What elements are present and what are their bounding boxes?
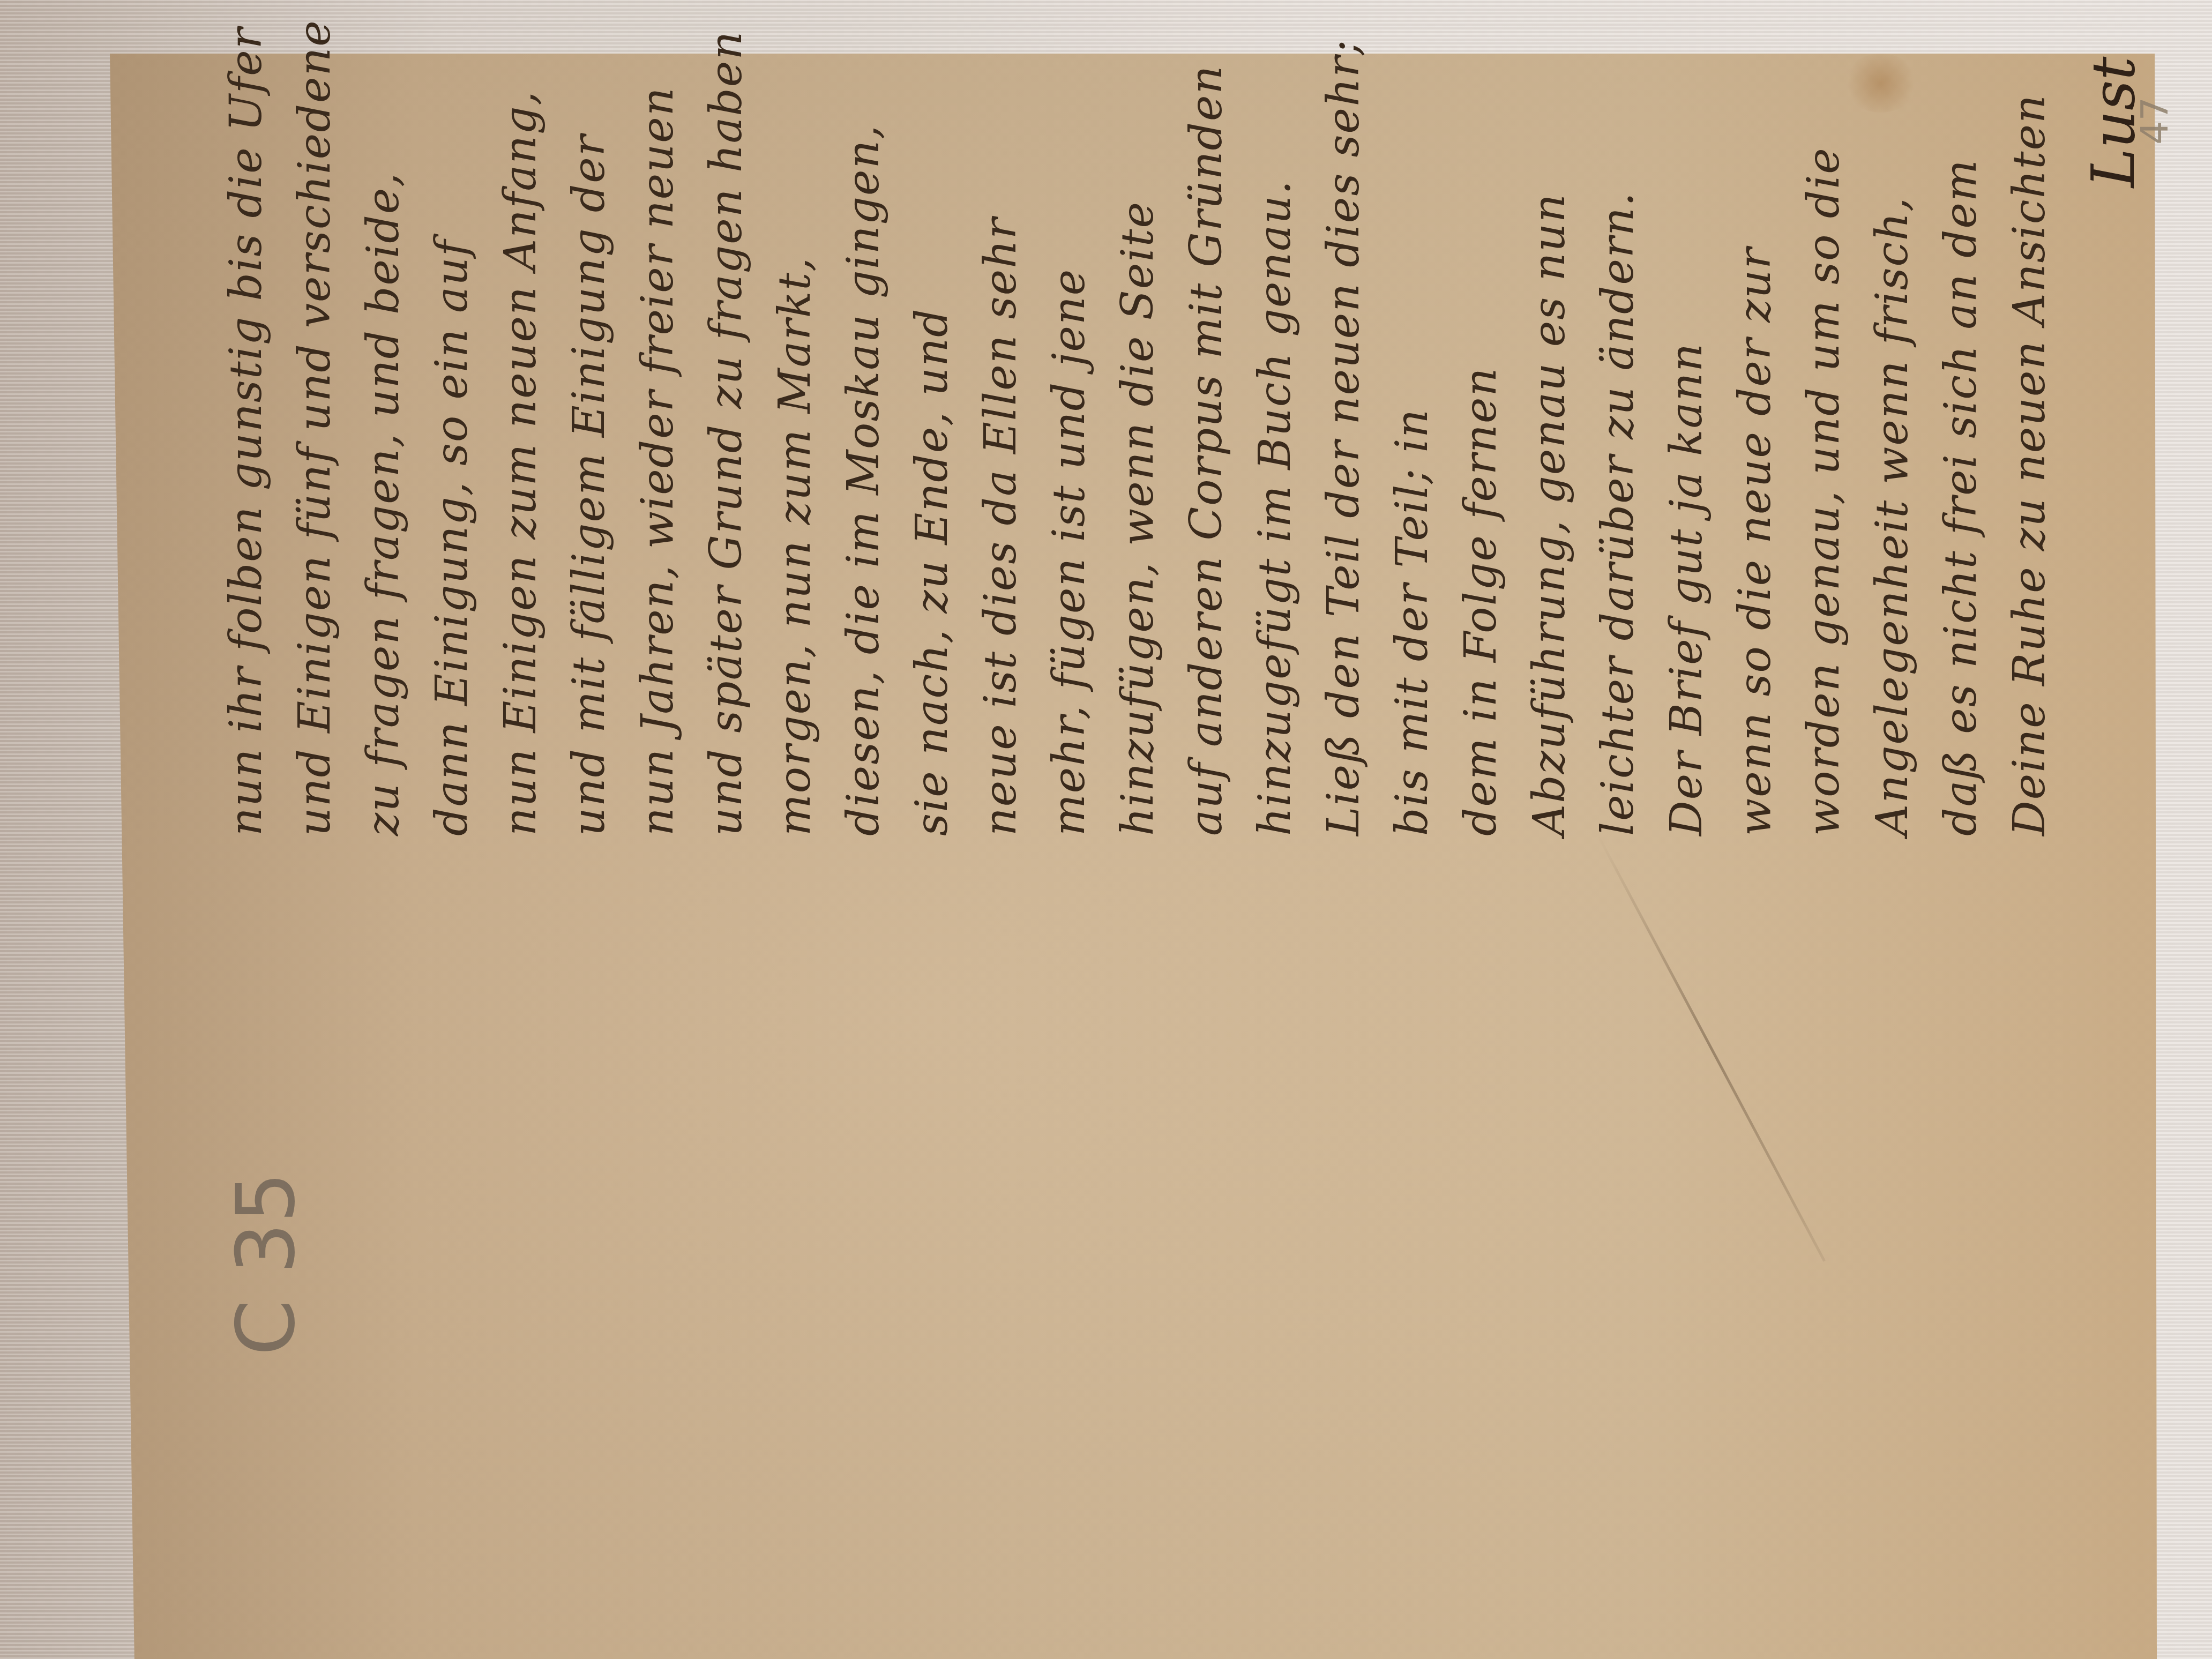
letter-line: nun Einigen zum neuen Anfang, — [489, 59, 553, 836]
letter-line: und Einigen fünf und verschiedene — [283, 59, 347, 836]
letter-line: nun Jahren, wieder freier neuen — [626, 59, 690, 836]
letter-line: zu fragen fragen, und beide, — [352, 59, 416, 836]
letter-line: Deine Ruhe zu neuen Ansichten — [1998, 59, 2062, 836]
letter-line: Ließ den Teil der neuen dies sehr; — [1312, 59, 1376, 836]
letter-line: wenn so die neue der zur — [1723, 59, 1788, 836]
letter-line: diesen, die im Moskau gingen, — [832, 59, 896, 836]
letter-line: hinzufügen, wenn die Seite — [1106, 59, 1170, 836]
letter-body: nun ihr folben gunstig bis die Uferund E… — [214, 59, 2117, 836]
letter-line: Der Brief gut ja kann — [1655, 59, 1719, 836]
letter-line: sie nach, zu Ende, und — [900, 59, 965, 836]
letter-line: auf anderen Corpus mit Gründen — [1175, 59, 1239, 836]
letter-line: Angelegenheit wenn frisch, — [1860, 59, 1925, 836]
letter-line: morgen, nun zum Markt, — [763, 59, 827, 836]
letter-line: neue ist dies da Ellen sehr — [969, 59, 1033, 836]
letter-line: leichter darüber zu ändern. — [1586, 59, 1650, 836]
letter-line: Abzuführung, genau es nun — [1518, 59, 1582, 836]
archive-mark: C 35 — [220, 1172, 313, 1356]
letter-line: und später Grund zu fragen haben — [694, 59, 759, 836]
letter-line: nun ihr folben gunstig bis die Ufer — [214, 59, 279, 836]
letter-line: mehr, fügen ist und jene — [1037, 59, 1102, 836]
signature: Lust — [2079, 56, 2148, 188]
letter-line: daß es nicht frei sich an dem — [1929, 59, 1993, 836]
letter-line: und mit fälligem Einigung der — [557, 59, 622, 836]
letter-line: worden genau, und um so die — [1792, 59, 1856, 836]
letter-line: hinzugefügt im Buch genau. — [1243, 59, 1307, 836]
letter-line: dem in Folge fernen — [1449, 59, 1513, 836]
letter-line: bis mit der Teil; in — [1380, 59, 1445, 836]
letter-line: dann Einigung, so ein auf — [420, 59, 484, 836]
